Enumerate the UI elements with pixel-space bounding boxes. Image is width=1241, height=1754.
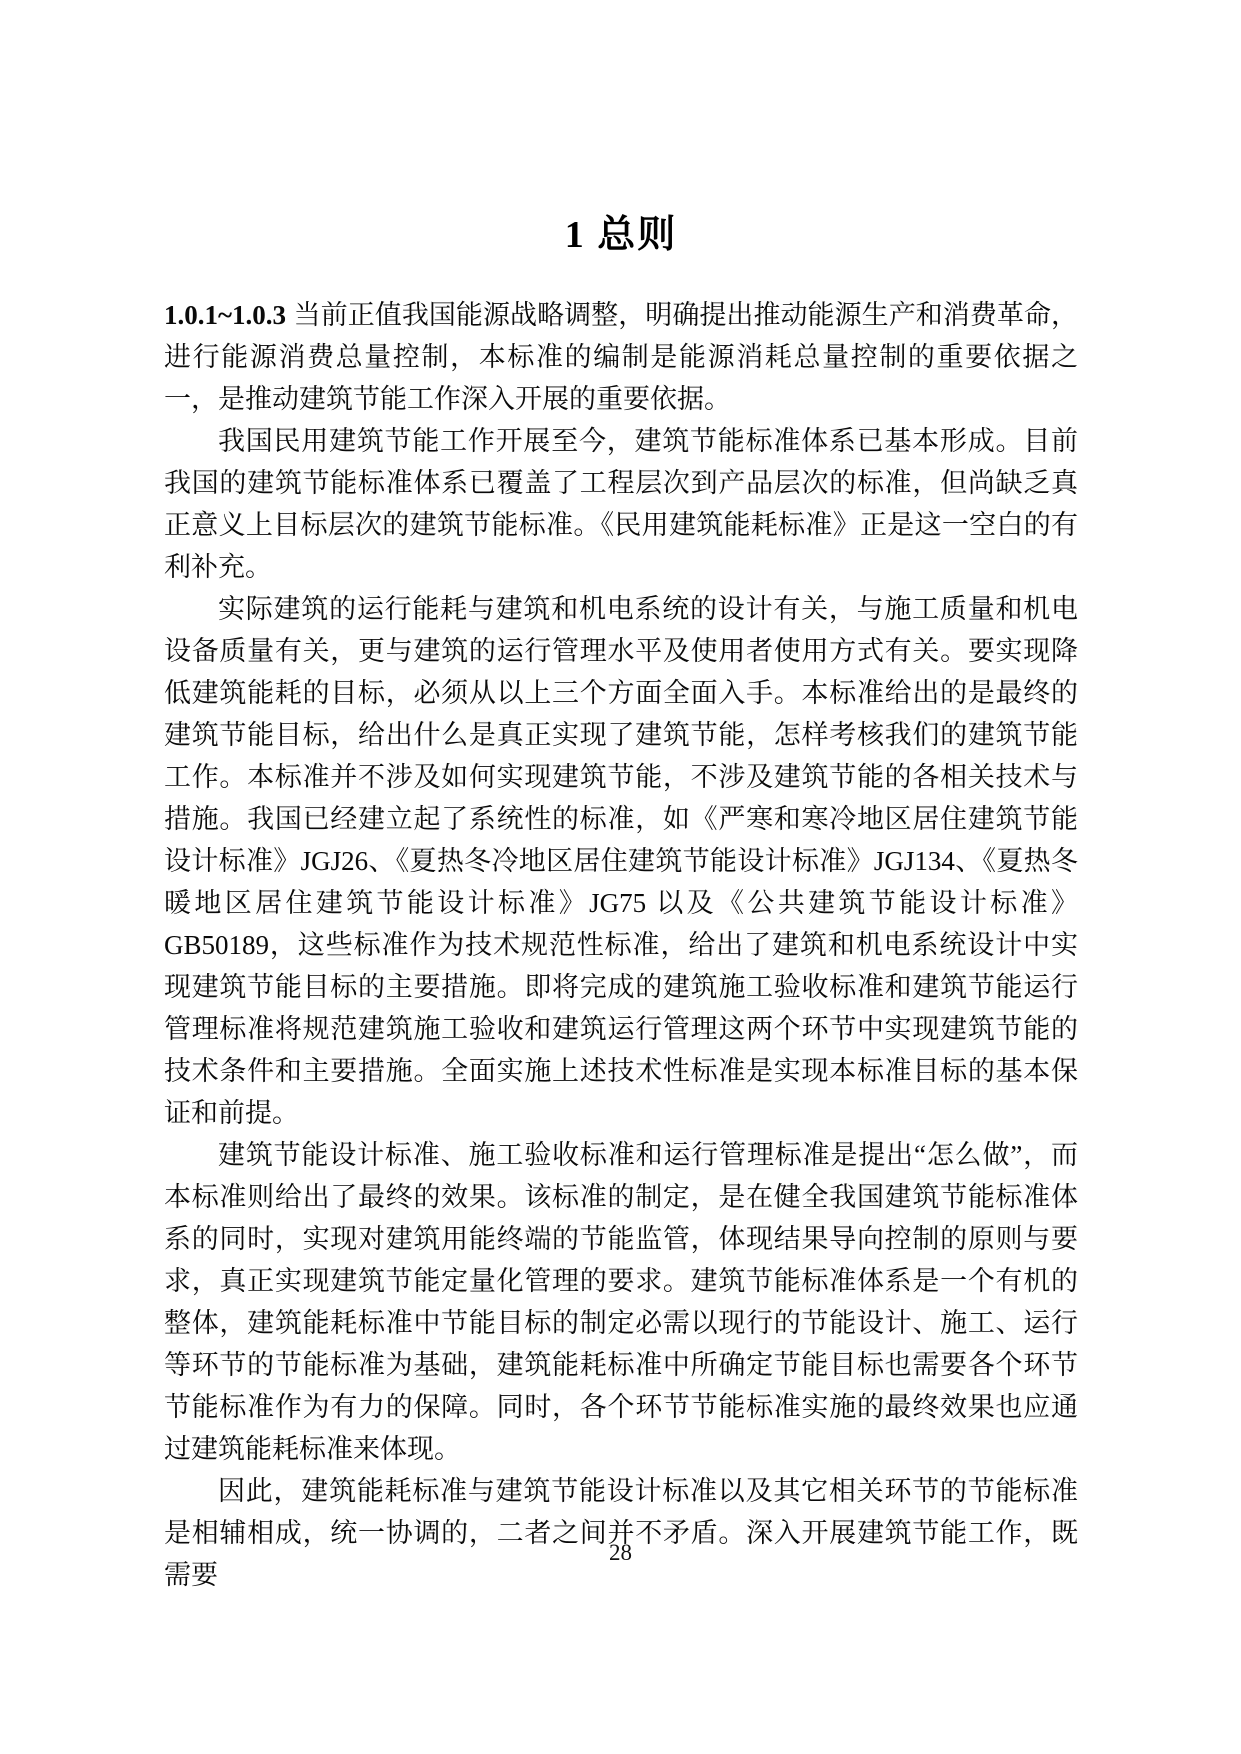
chapter-title: 1 总则 xyxy=(164,0,1078,258)
clause-number-range: 1.0.1~1.0.3 xyxy=(164,300,286,330)
paragraph-design-standards: 建筑节能设计标准、施工验收标准和运行管理标准是提出“怎么做”，而本标准则给出了最… xyxy=(164,1134,1078,1470)
document-content: 1 总则 1.0.1~1.0.3当前正值我国能源战略调整，明确提出推动能源生产和… xyxy=(164,0,1078,1596)
paragraph-conclusion: 因此，建筑能耗标准与建筑节能设计标准以及其它相关环节的节能标准是相辅相成，统一协… xyxy=(164,1470,1078,1596)
document-page: 1 总则 1.0.1~1.0.3当前正值我国能源战略调整，明确提出推动能源生产和… xyxy=(0,0,1241,1754)
paragraph-clause-notes: 1.0.1~1.0.3当前正值我国能源战略调整，明确提出推动能源生产和消费革命，… xyxy=(164,294,1078,420)
paragraph-text: 当前正值我国能源战略调整，明确提出推动能源生产和消费革命，进行能源消费总量控制，… xyxy=(164,300,1078,414)
page-number: 28 xyxy=(0,1538,1241,1568)
paragraph-standard-system: 我国民用建筑节能工作开展至今，建筑节能标准体系已基本形成。目前我国的建筑节能标准… xyxy=(164,420,1078,588)
paragraph-operation-energy: 实际建筑的运行能耗与建筑和机电系统的设计有关，与施工质量和机电设备质量有关，更与… xyxy=(164,588,1078,1134)
